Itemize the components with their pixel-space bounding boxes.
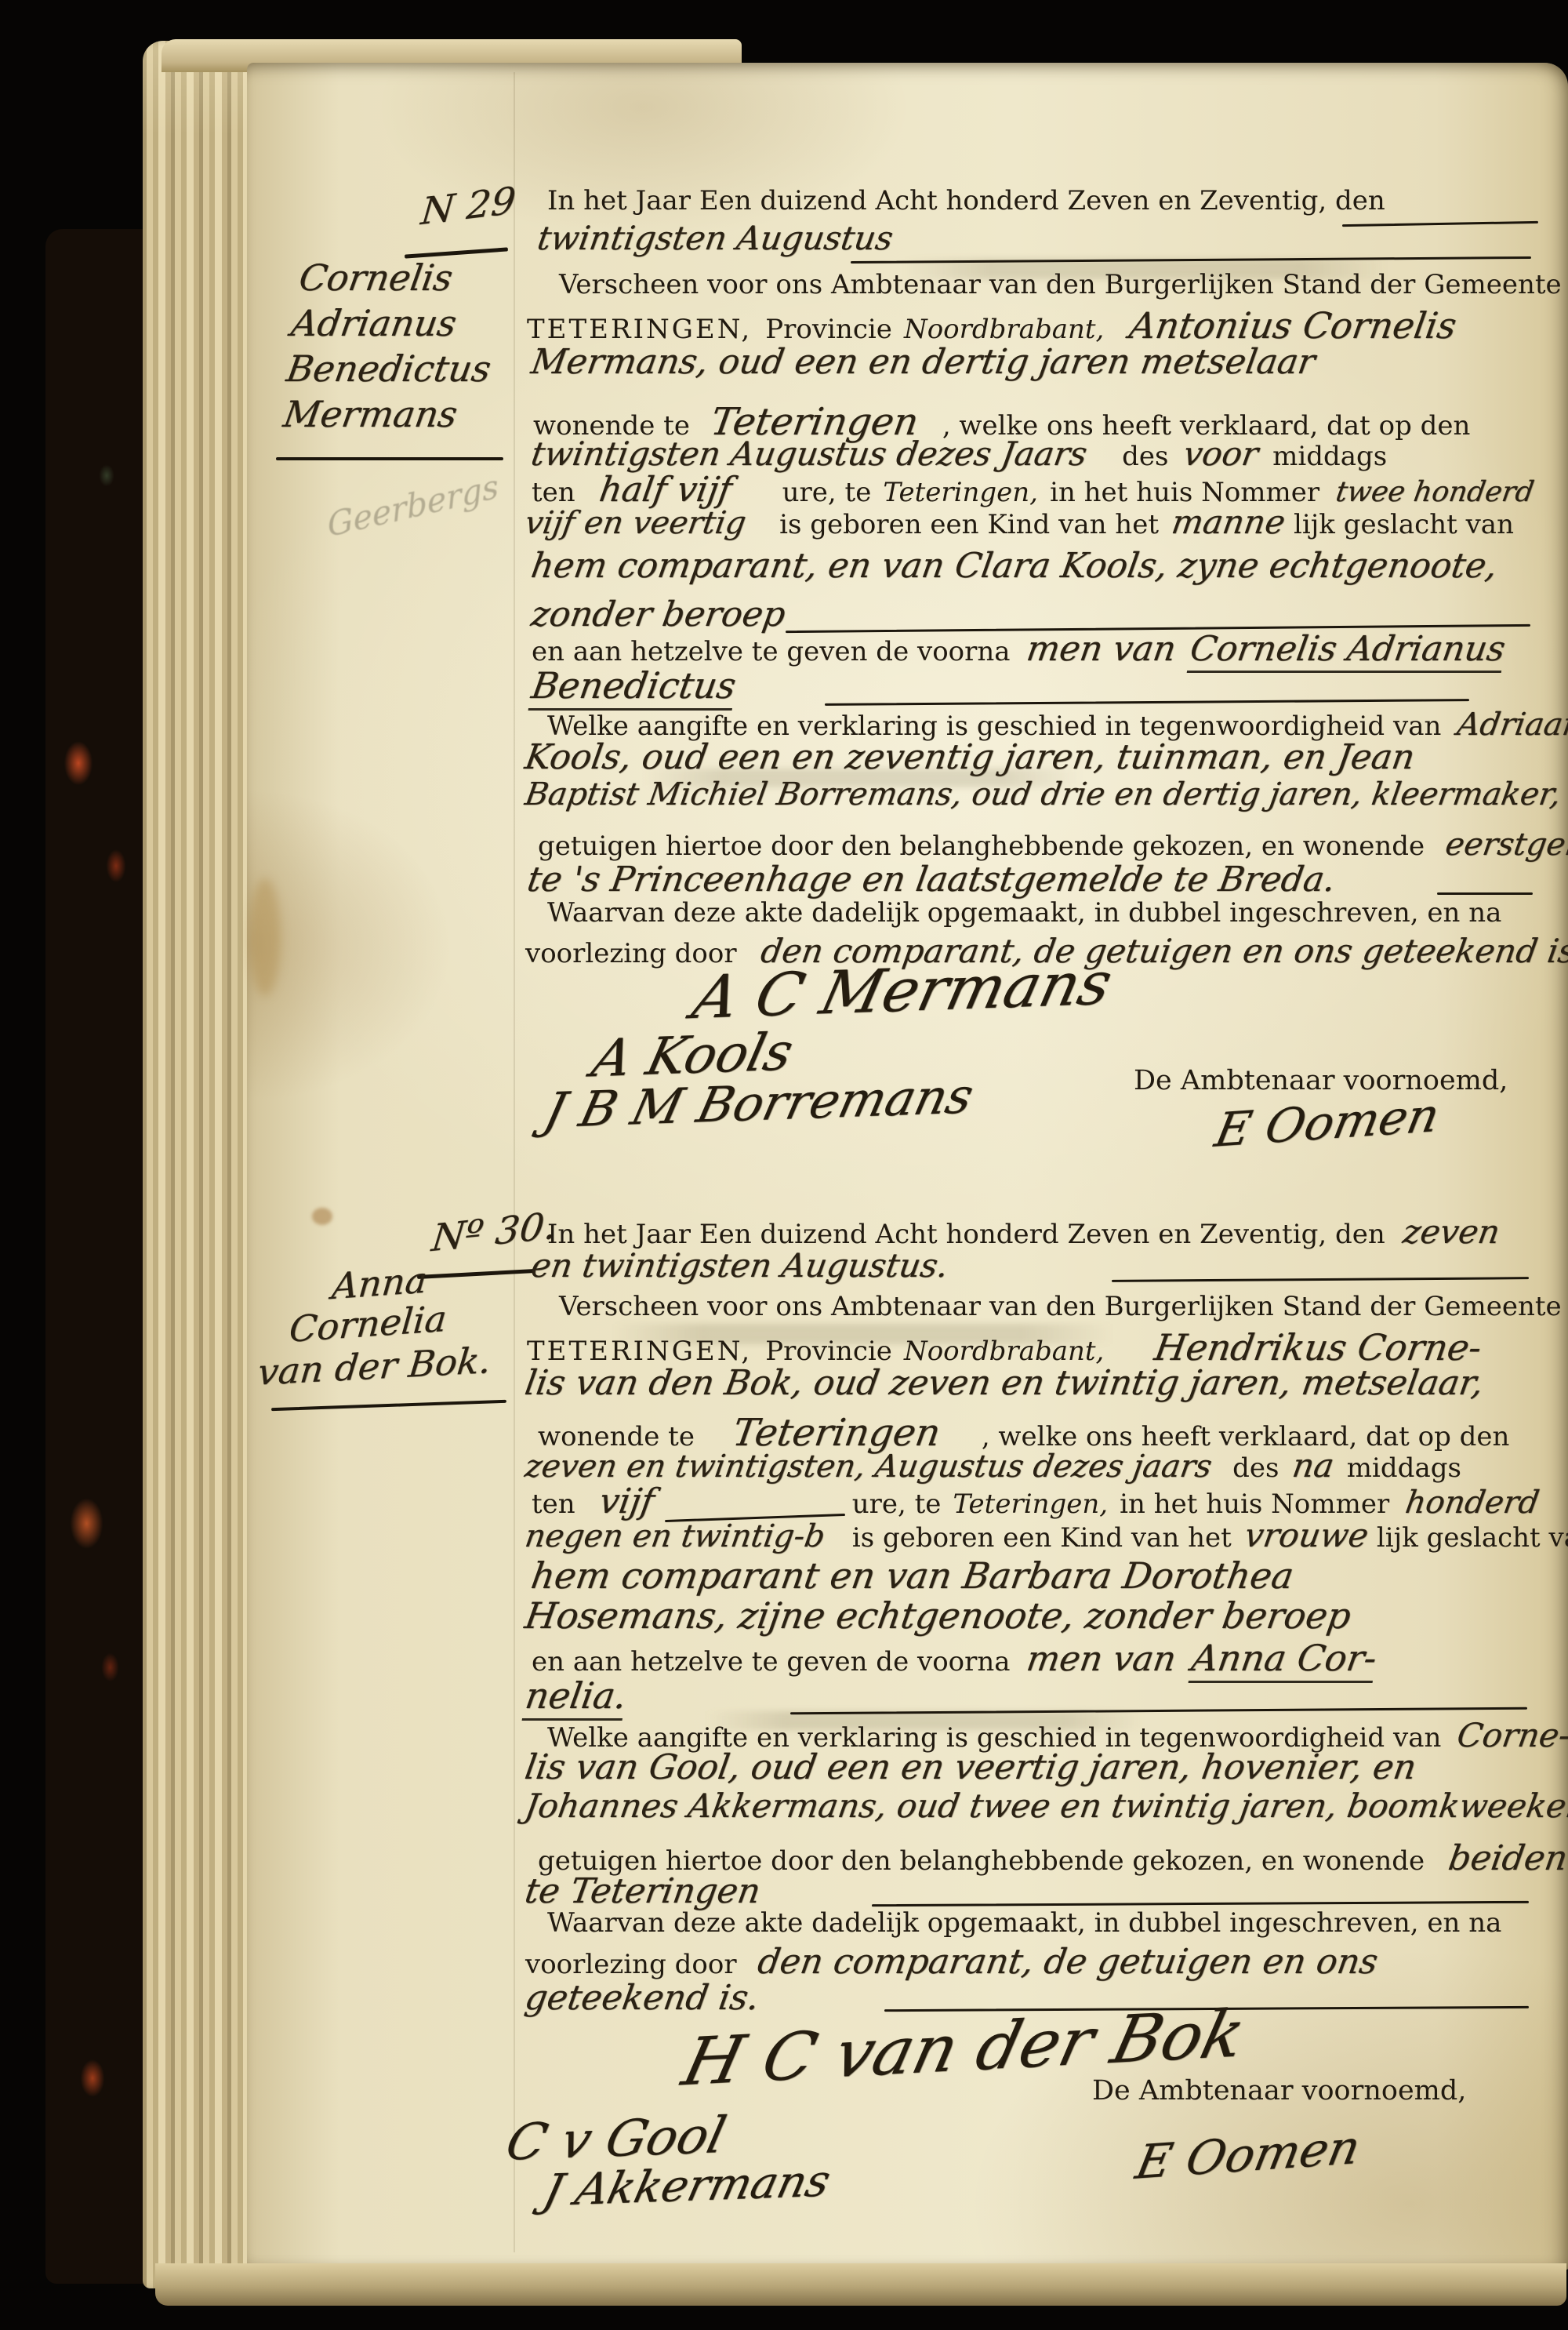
printed-text: des xyxy=(1232,1452,1279,1484)
record1-pencil-note: Geerbergs xyxy=(325,488,501,523)
printed-text: des xyxy=(1122,441,1168,472)
printed-text: Waarvan deze akte dadelijk opgemaakt, in… xyxy=(547,1907,1501,1939)
record1-line-chosen: getuigen hiertoe door den belanghebbende… xyxy=(538,828,1568,862)
record1-line-witness2: Kools, oud een en zeventig jaren, tuinma… xyxy=(525,739,1414,776)
printed-text: Waarvan deze akte dadelijk opgemaakt, in… xyxy=(547,897,1501,929)
printed-gemeente: TETERINGEN, xyxy=(527,314,752,345)
printed-text: voorlezing door xyxy=(525,1949,737,1980)
printed-text: Verscheen voor ons Ambtenaar van den Bur… xyxy=(559,1291,1562,1322)
record2-margin-name-1: Anna xyxy=(332,1264,426,1303)
printed-gemeente: TETERINGEN, xyxy=(527,1336,752,1367)
witness2-details: Baptist Michiel Borremans, oud drie en d… xyxy=(523,778,1563,812)
margin-fold-line xyxy=(514,72,515,2252)
record2-signature-2: C v Gool xyxy=(508,2113,723,2167)
printed-text: is geboren een Kind van het xyxy=(852,1522,1232,1554)
printed-text: ure, te xyxy=(782,477,872,508)
record1-official-label: De Ambtenaar voornoemd, xyxy=(1134,1067,1508,1096)
record1-line-parents2: zonder beroep xyxy=(532,596,785,634)
mother-details: Hosemans, zijne echtgenoote, zonder bero… xyxy=(522,1597,1353,1636)
child-given-names: Benedictus xyxy=(528,667,739,711)
record1-margin-name-4: Mermans xyxy=(284,395,457,434)
record2-signature-1: H C van der Bok xyxy=(688,2012,1240,2084)
record1-line-parents: hem comparant, en van Clara Kools, zyne … xyxy=(532,547,1497,585)
scanned-register-page: N 29 Cornelis Adrianus Benedictus Merman… xyxy=(0,0,1568,2330)
house-number: vijf en veertig xyxy=(523,507,749,540)
child-given-names: nelia. xyxy=(522,1677,630,1721)
record1-line-closing: Waarvan deze akte dadelijk opgemaakt, in… xyxy=(547,899,1501,928)
mother-occupation: zonder beroep xyxy=(528,596,788,634)
printed-text: In het Jaar Een duizend Acht honderd Zev… xyxy=(547,185,1385,216)
printed-text: in het huis Nommer xyxy=(1120,1489,1389,1520)
handwritten-text: eerstgemelde xyxy=(1443,828,1568,862)
record1-line-gemeente: TETERINGEN, Provincie Noordbrabant, Anto… xyxy=(527,307,1456,346)
record2-official-signature: E Oomen xyxy=(1138,2130,1357,2181)
daypart: na xyxy=(1290,1448,1336,1483)
record2-line-gemeente: TETERINGEN, Provincie Noordbrabant, Hend… xyxy=(527,1329,1482,1368)
record2-line-parents: hem comparant en van Barbara Dorothea xyxy=(532,1557,1293,1596)
printed-place: Teteringen, xyxy=(883,477,1038,508)
printed-province: Noordbrabant, xyxy=(904,314,1104,345)
printed-text: ten xyxy=(532,477,575,508)
printed-place: Teteringen, xyxy=(953,1489,1109,1520)
mother-name: hem comparant, en van Clara Kools, zyne … xyxy=(528,547,1500,585)
record1-margin-number: N 29 xyxy=(422,187,514,227)
record1-line-hour: ten half vijf ure, te Teteringen, in het… xyxy=(532,471,1534,509)
printed-text: en aan hetzelve te geven de voorna xyxy=(532,1646,1011,1678)
record1-line-names2: Benedictus xyxy=(532,667,735,711)
witness-residences: te 's Princeenhage en laatstgemelde te B… xyxy=(524,861,1338,899)
house-number: honderd xyxy=(1403,1486,1541,1520)
page-edge-stack-left xyxy=(143,41,262,2288)
child-given-names: Anna Cor- xyxy=(1189,1639,1380,1683)
record2-line-closing3: geteekend is. xyxy=(525,1979,759,2017)
printed-text: getuigen hiertoe door den belanghebbende… xyxy=(538,831,1425,862)
handwritten-date: twintigsten Augustus xyxy=(535,220,895,256)
record1-line-date: twintigsten Augustus xyxy=(538,220,893,256)
printed-text: Provincie xyxy=(765,314,892,345)
page-edge-stack-bottom xyxy=(155,2263,1566,2306)
record2-line-witness3: Johannes Akkermans, oud twee en twintig … xyxy=(525,1788,1568,1823)
declarant-details: Mermans, oud een en dertig jaren metsela… xyxy=(528,344,1317,381)
child-name-part: Mermans xyxy=(281,395,459,434)
record2-line-names: en aan hetzelve te geven de voorna men v… xyxy=(532,1639,1376,1683)
child-given-names: Cornelis Adrianus xyxy=(1187,631,1508,673)
declarant-name: Antonius Cornelis xyxy=(1127,307,1460,346)
printed-text: en aan hetzelve te geven de voorna xyxy=(532,636,1011,667)
record1-line-chosen2: te 's Princeenhage en laatstgemelde te B… xyxy=(528,861,1335,899)
record1-line-witness3: Baptist Michiel Borremans, oud drie en d… xyxy=(525,778,1560,812)
witness1-name: Adriaan xyxy=(1455,708,1568,742)
printed-text: ten xyxy=(532,1489,575,1520)
ink-stain xyxy=(312,1208,332,1225)
record1-line-birthdate: twintigsten Augustus dezes Jaars des voo… xyxy=(532,436,1387,471)
witness-residences: te Teteringen xyxy=(522,1873,763,1910)
printed-text: De Ambtenaar voornoemd, xyxy=(1134,1065,1508,1096)
printed-text: De Ambtenaar voornoemd, xyxy=(1092,2075,1466,2106)
record2-line-born: negen en twintig-b is geboren een Kind v… xyxy=(525,1518,1568,1554)
signature-witness2: J B M Borremans xyxy=(539,1070,978,1138)
edge-stain xyxy=(249,878,281,996)
record2-line-birthdate: zeven en twintigsten, Augustus dezes jaa… xyxy=(525,1448,1461,1484)
child-name-part: van der Bok. xyxy=(256,1341,492,1392)
record1-act-number: N 29 xyxy=(419,181,517,233)
printed-text: In het Jaar Een duizend Acht honderd Zev… xyxy=(547,1219,1385,1250)
record2-line-year: In het Jaar Een duizend Acht honderd Zev… xyxy=(547,1214,1499,1249)
record2-margin-name-2: Cornelia xyxy=(290,1305,446,1344)
handwritten-text: geteekend is. xyxy=(522,1979,761,2017)
record2-line-chosen2: te Teteringen xyxy=(525,1873,760,1910)
record2-official-label: De Ambtenaar voornoemd, xyxy=(1092,2077,1466,2106)
margin-rule xyxy=(276,457,503,460)
record2-line-names2: nelia. xyxy=(525,1677,626,1721)
witness2-details: Johannes Akkermans, oud twee en twintig … xyxy=(522,1788,1568,1823)
record2-line-closing: Waarvan deze akte dadelijk opgemaakt, in… xyxy=(547,1909,1501,1938)
record2-signature-3: J Akkermans xyxy=(546,2163,828,2210)
child-name-part: Cornelis xyxy=(296,259,456,298)
witness1-details: lis van Gool, oud een en veertig jaren, … xyxy=(522,1749,1418,1787)
record1-line-declarant2: Mermans, oud een en dertig jaren metsela… xyxy=(532,344,1315,381)
printed-text: middags xyxy=(1272,441,1387,472)
declarant-name: Hendrikus Corne- xyxy=(1152,1329,1485,1368)
printed-province: Noordbrabant, xyxy=(904,1336,1104,1367)
signature-declarant: A C Mermans xyxy=(687,951,1118,1030)
printed-text: is geboren een Kind van het xyxy=(779,509,1159,540)
record2-line-appeared: Verscheen voor ons Ambtenaar van den Bur… xyxy=(559,1292,1562,1321)
record1-margin-name-3: Benedictus xyxy=(287,350,491,389)
record2-line-declarant2: lis van den Bok, oud zeven en twintig ja… xyxy=(525,1365,1483,1402)
record1-margin-name-1: Cornelis xyxy=(299,259,452,298)
printed-text: lijk geslacht van xyxy=(1294,509,1514,540)
handwritten-text: men van xyxy=(1024,631,1178,668)
handwritten-text: den comparant, de getuigen en ons xyxy=(755,1943,1380,1981)
handwritten-text: men van xyxy=(1024,1641,1178,1678)
signature-registrar: E Oomen xyxy=(1210,1090,1443,1156)
handwritten-text: beiden xyxy=(1446,1840,1568,1877)
record2-line-hour: ten vijf ure, te Teteringen, in het huis… xyxy=(532,1483,1539,1521)
record1-signature-1: A C Mermans xyxy=(696,958,1109,1023)
printed-text: ure, te xyxy=(852,1489,942,1520)
child-sex: vrouwe xyxy=(1242,1518,1370,1553)
house-number: negen en twintig-b xyxy=(523,1520,828,1554)
birth-hour: vijf xyxy=(597,1483,656,1521)
declarant-details: lis van den Bok, oud zeven en twintig ja… xyxy=(522,1365,1486,1402)
birth-date: zeven en twintigsten, Augustus dezes jaa… xyxy=(523,1450,1214,1484)
record1-official-signature: E Oomen xyxy=(1218,1098,1436,1149)
record2-line-parents2: Hosemans, zijne echtgenoote, zonder bero… xyxy=(525,1597,1350,1636)
record1-line-year: In het Jaar Een duizend Acht honderd Zev… xyxy=(547,187,1385,216)
handwritten-date: en twintigsten Augustus. xyxy=(528,1248,950,1283)
record2-line-witness2: lis van Gool, oud een en veertig jaren, … xyxy=(525,1749,1416,1787)
printed-text: Verscheen voor ons Ambtenaar van den Bur… xyxy=(559,269,1562,300)
signature-registrar: E Oomen xyxy=(1131,2122,1364,2188)
printed-text: Provincie xyxy=(765,1336,892,1367)
daypart: voor xyxy=(1181,436,1261,471)
child-name-part: Benedictus xyxy=(284,350,493,389)
signature-witness2: J Akkermans xyxy=(539,2158,834,2215)
mother-name: hem comparant en van Barbara Dorothea xyxy=(528,1557,1296,1596)
record1-signature-3: J B M Borremans xyxy=(547,1078,970,1130)
record1-line-born: vijf en veertig is geboren een Kind van … xyxy=(525,504,1514,540)
printed-text: lijk geslacht van xyxy=(1377,1522,1568,1554)
record1-line-appeared: Verscheen voor ons Ambtenaar van den Bur… xyxy=(559,271,1562,300)
child-sex: manne xyxy=(1169,504,1287,540)
record2-margin-name-3: van der Bok. xyxy=(259,1347,490,1387)
birth-hour: half vijf xyxy=(597,471,734,509)
birth-date: twintigsten Augustus dezes Jaars xyxy=(528,436,1089,471)
record1-margin-name-2: Adrianus xyxy=(292,304,456,344)
handwritten-date: zeven xyxy=(1400,1214,1502,1249)
child-name-part: Adrianus xyxy=(289,304,459,344)
witness1-name: Corne- xyxy=(1455,1718,1568,1753)
record2-line-closing2: voorlezing door den comparant, de getuig… xyxy=(525,1943,1377,1981)
fill-line xyxy=(1437,892,1533,895)
printed-text: middags xyxy=(1347,1452,1461,1484)
witness1-details: Kools, oud een en zeventig jaren, tuinma… xyxy=(522,739,1417,776)
record2-line-date: en twintigsten Augustus. xyxy=(532,1248,948,1283)
